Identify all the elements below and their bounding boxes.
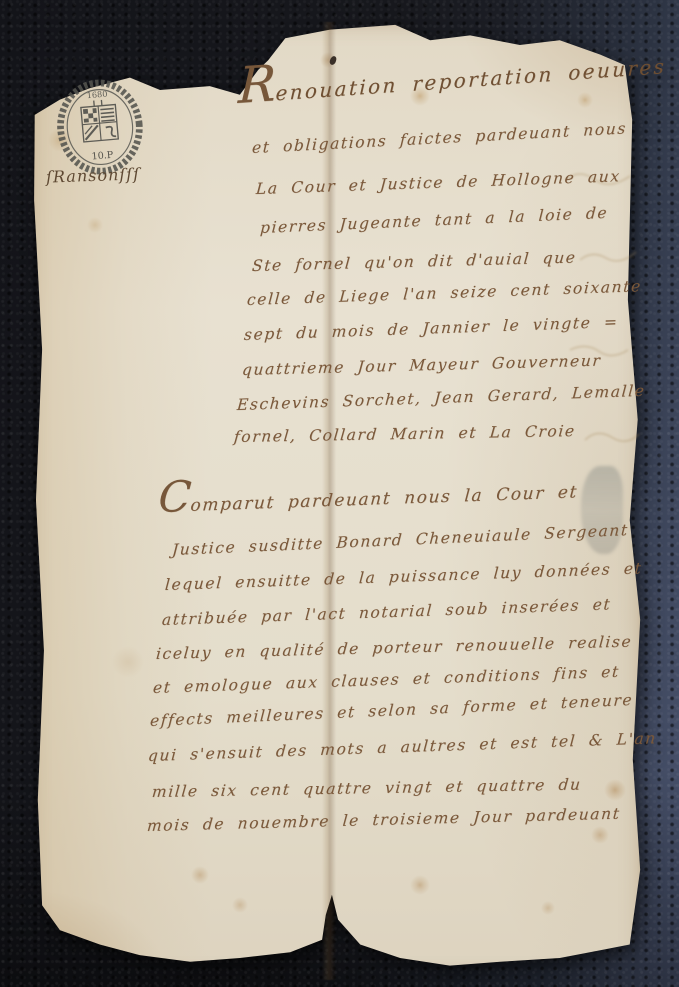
stamp-coat-of-arms: [80, 99, 118, 142]
manuscript-paper-wrap: 1680 10.P ſRansonſſſ: [0, 0, 679, 987]
stamp-denomination: 10.P: [91, 150, 114, 163]
stamp-year: 1680: [86, 89, 108, 101]
stamp-signature: ſRansonſſſ: [46, 164, 141, 186]
photo-of-manuscript: { "manuscript": { "description": "Handwr…: [0, 0, 679, 987]
